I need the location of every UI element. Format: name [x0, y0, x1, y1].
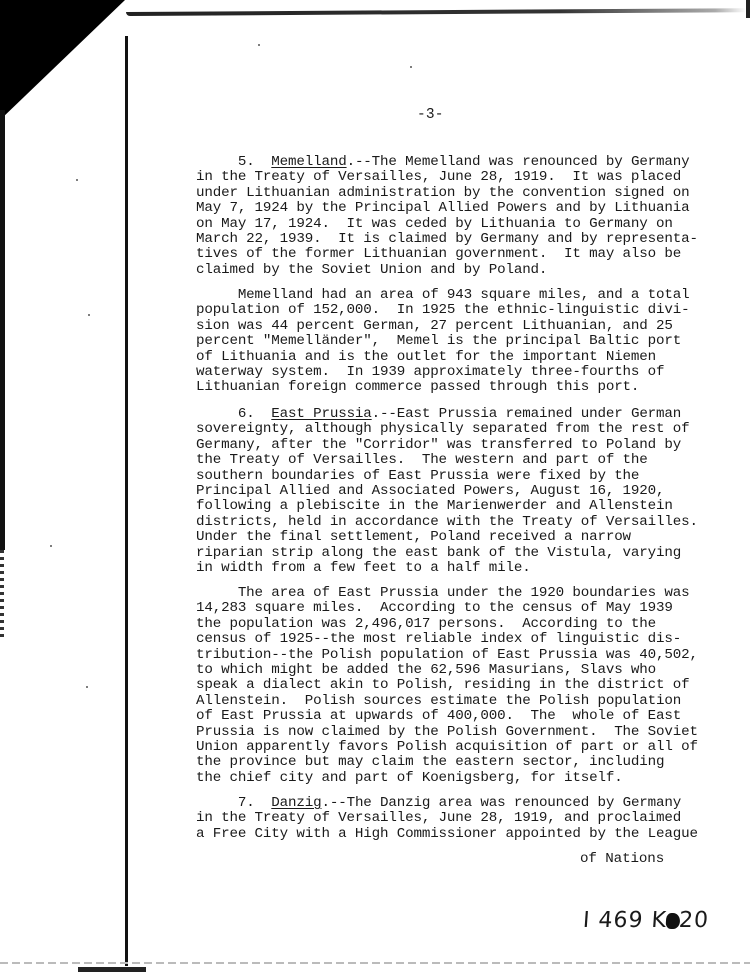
handwritten-reference-suffix: 20	[678, 908, 710, 933]
section-number: 5.	[238, 154, 255, 170]
text-line: the population was 2,496,017 persons. Ac…	[196, 616, 656, 632]
section-heading: Memelland	[271, 154, 346, 170]
text-line: the Treaty of Versailles. The western an…	[196, 452, 648, 468]
text-line: a Free City with a High Commissioner app…	[196, 826, 698, 842]
text-line: .--The Memelland was renounced by German…	[347, 154, 690, 170]
text-line: to which might be added the 62,596 Masur…	[196, 662, 656, 678]
text-line: on May 17, 1924. It was ceded by Lithuan…	[196, 216, 673, 232]
section-number: 6.	[238, 406, 255, 422]
text-line: population of 152,000. In 1925 the ethni…	[196, 302, 689, 318]
text-line: claimed by the Soviet Union and by Polan…	[196, 262, 547, 278]
text-line: southern boundaries of East Prussia were…	[196, 468, 639, 484]
handwritten-reference-prefix: I 469 K	[582, 908, 668, 933]
text-line: .--The Danzig area was renounced by Germ…	[321, 795, 681, 811]
text-line: .--East Prussia remained under German	[372, 406, 681, 422]
text-line: Prussia is now claimed by the Polish Gov…	[196, 724, 698, 740]
text-line: The area of East Prussia under the 1920 …	[196, 585, 689, 601]
text-line: percent "Memelländer", Memel is the prin…	[196, 333, 681, 349]
handwritten-reference: I 469 K20	[582, 908, 710, 933]
scan-left-edge	[0, 110, 5, 550]
text-line: Memelland had an area of 943 square mile…	[196, 287, 689, 303]
text-line: following a plebiscite in the Marienwerd…	[196, 498, 673, 514]
text-line: under Lithuanian administration by the c…	[196, 185, 689, 201]
text-line: riparian strip along the east bank of th…	[196, 545, 681, 561]
section-number: 7.	[238, 795, 255, 811]
text-line: tribution--the Polish population of East…	[196, 647, 698, 663]
section-heading: Danzig	[271, 795, 321, 811]
scan-bottom-edge	[0, 962, 750, 964]
text-line: sion was 44 percent German, 27 percent L…	[196, 318, 673, 334]
section-heading: East Prussia	[271, 406, 371, 422]
text-line: the province but may claim the eastern s…	[196, 754, 664, 770]
text-line: Allenstein. Polish sources estimate the …	[196, 693, 681, 709]
text-line: waterway system. In 1939 approximately t…	[196, 364, 664, 380]
text-line: in the Treaty of Versailles, June 28, 19…	[196, 169, 681, 185]
text-line: 14,283 square miles. According to the ce…	[196, 600, 673, 616]
text-line: March 22, 1939. It is claimed by Germany…	[196, 231, 698, 247]
section-memelland: 5. Memelland.--The Memelland was renounc…	[196, 155, 750, 278]
text-line: May 7, 1924 by the Principal Allied Powe…	[196, 200, 689, 216]
scan-corner-shadow	[0, 0, 125, 120]
scan-top-edge-right	[746, 0, 750, 18]
text-line: sovereignty, although physically separat…	[196, 421, 689, 437]
text-line: in the Treaty of Versailles, June 28, 19…	[196, 810, 681, 826]
text-line: of East Prussia at upwards of 400,000. T…	[196, 708, 681, 724]
text-line: Union apparently favors Polish acquisiti…	[196, 739, 698, 755]
scan-bottom-blob	[78, 967, 146, 972]
text-line: Germany, after the "Corridor" was transf…	[196, 437, 681, 453]
text-line: in width from a few feet to a half mile.	[196, 560, 531, 576]
continuation-catchword: of Nations	[580, 851, 664, 867]
text-line: Under the final settlement, Poland recei…	[196, 529, 631, 545]
text-line: tives of the former Lithuanian governmen…	[196, 246, 681, 262]
text-line: Lithuanian foreign commerce passed throu…	[196, 379, 639, 395]
text-line: districts, held in accordance with the T…	[196, 514, 698, 530]
page-number: -3-	[417, 107, 444, 123]
scan-left-edge-faint	[0, 550, 4, 640]
section-east-prussia: 6. East Prussia.--East Prussia remained …	[196, 407, 750, 576]
text-line: the chief city and part of Koenigsberg, …	[196, 770, 623, 786]
text-line: of Lithuania and is the outlet for the i…	[196, 349, 656, 365]
binding-margin-line	[125, 36, 128, 966]
scan-top-edge	[126, 8, 746, 16]
text-line: speak a dialect akin to Polish, residing…	[196, 677, 689, 693]
paragraph-east-prussia-statistics: The area of East Prussia under the 1920 …	[196, 586, 750, 786]
paragraph-memelland-statistics: Memelland had an area of 943 square mile…	[196, 288, 750, 396]
text-line: Principal Allied and Associated Powers, …	[196, 483, 664, 499]
text-line: census of 1925--the most reliable index …	[196, 631, 681, 647]
section-danzig: 7. Danzig.--The Danzig area was renounce…	[196, 796, 750, 842]
